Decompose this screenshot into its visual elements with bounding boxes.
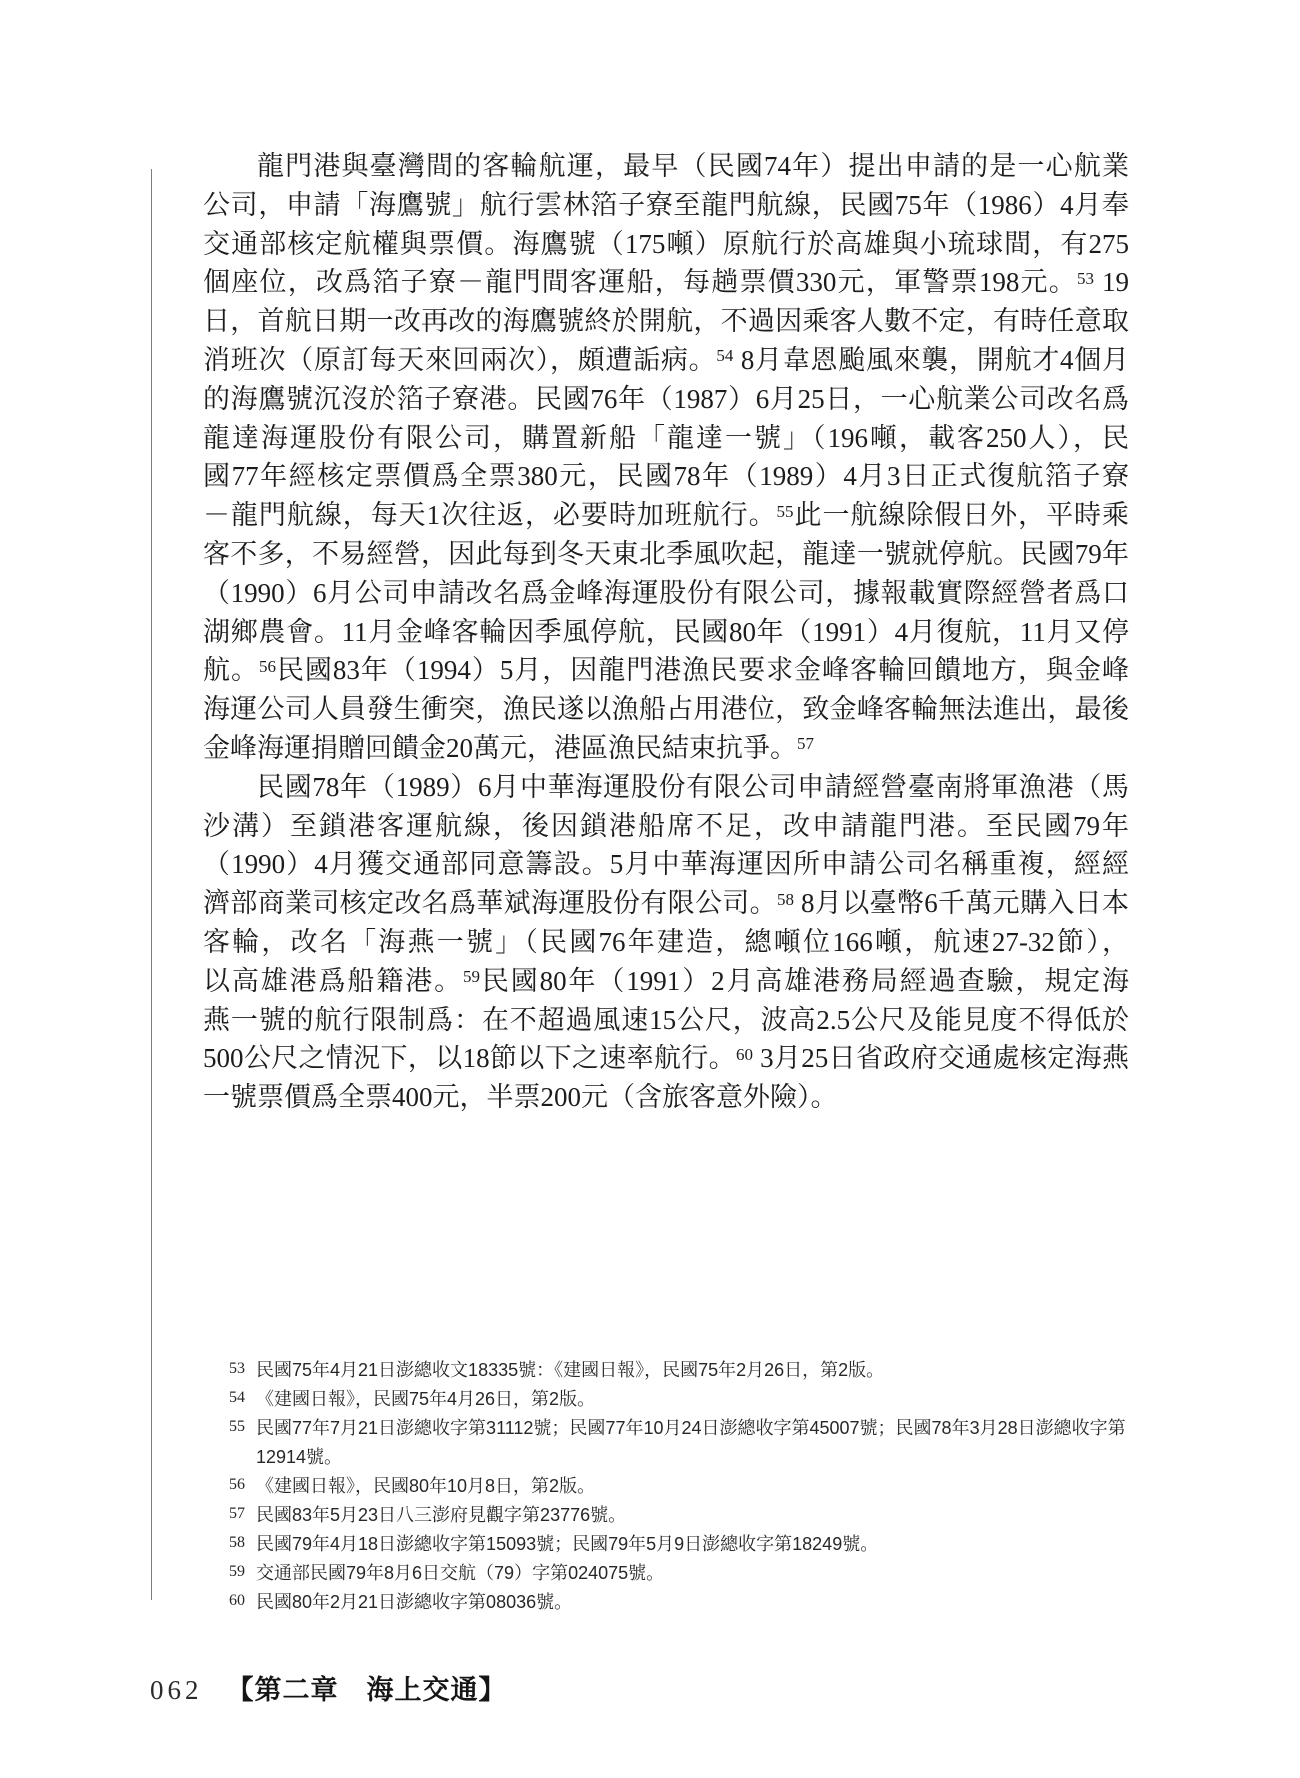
text-line: 沙溝）至鎖港客運航線，後因鎖港船席不足，改申請龍門港。至民國79年	[203, 807, 1129, 846]
text-line: （1990）4月獲交通部同意籌設。5月中華海運因所申請公司名稱重複，經經	[203, 845, 1129, 884]
footnote-ref: 57	[797, 734, 814, 753]
footnote-text: 《建國日報》，民國80年10月8日，第2版。	[256, 1472, 1130, 1501]
text-line: 龍門港與臺灣間的客輪航運，最早（民國74年）提出申請的是一心航業	[203, 147, 1129, 186]
footnote-number: 53	[229, 1354, 256, 1383]
text-line: 海運公司人員發生衝突，漁民遂以漁船占用港位，致金峰客輪無法進出，最後	[203, 690, 1129, 729]
text-line: 交通部核定航權與票價。海鷹號（175噸）原航行於高雄與小琉球間，有275	[203, 225, 1129, 264]
footnote-text: 民國83年5月23日八三澎府見觀字第23776號。	[256, 1501, 1130, 1530]
chapter-label: 【第二章 海上交通】	[227, 1675, 507, 1705]
footnote-number: 57	[229, 1499, 256, 1528]
text-line: 客不多，不易經營，因此每到冬天東北季風吹起，龍達一號就停航。民國79年	[203, 535, 1129, 574]
text-line: 國77年經核定票價爲全票380元，民國78年（1989）4月3日正式復航箔子寮	[203, 457, 1129, 496]
page-number: 062	[150, 1675, 203, 1705]
text-line: 龍達海運股份有限公司，購置新船「龍達一號」（196噸，載客250人），民	[203, 419, 1129, 458]
text-line: 消班次（原訂每天來回兩次），頗遭詬病。54 8月韋恩颱風來襲，開航才4個月	[203, 341, 1129, 380]
footnote-ref: 58	[777, 890, 794, 909]
footnote-ref: 54	[716, 346, 733, 365]
text-line: －龍門航線，每天1次往返，必要時加班航行。55此一航線除假日外，平時乘	[203, 496, 1129, 535]
footnote-ref: 53	[1077, 269, 1094, 288]
text-line: 個座位，改爲箔子寮－龍門間客運船，每趟票價330元，軍警票198元。53 19	[203, 263, 1129, 302]
footnote-number: 59	[229, 1557, 256, 1586]
footnote-text: 民國79年4月18日澎總收字第15093號；民國79年5月9日澎總收字第1824…	[256, 1530, 1130, 1559]
footnote-number: 55	[229, 1412, 256, 1441]
text-line: 民國78年（1989）6月中華海運股份有限公司申請經營臺南將軍漁港（馬	[203, 768, 1129, 807]
text-line: 金峰海運捐贈回饋金20萬元，港區漁民結束抗爭。57	[203, 729, 1129, 768]
footnote-ref: 56	[259, 657, 276, 676]
footnote-item: 54《建國日報》，民國75年4月26日，第2版。	[229, 1385, 1130, 1414]
footnote-item: 55民國77年7月21日澎總收字第31112號；民國77年10月24日澎總收字第…	[229, 1414, 1130, 1472]
footnote-ref: 55	[777, 502, 794, 521]
footnote-number: 54	[229, 1383, 256, 1412]
footnote-number: 58	[229, 1528, 256, 1557]
footnote-ref: 59	[463, 967, 480, 986]
text-line: 日，首航日期一改再改的海鷹號終於開航，不過因乘客人數不定，有時任意取	[203, 302, 1129, 341]
text-line: 航。56民國83年（1994）5月，因龍門港漁民要求金峰客輪回饋地方，與金峰	[203, 651, 1129, 690]
text-line: 濟部商業司核定改名爲華斌海運股份有限公司。58 8月以臺幣6千萬元購入日本	[203, 884, 1129, 923]
text-line: 燕一號的航行限制爲：在不超過風速15公尺，波高2.5公尺及能見度不得低於	[203, 1001, 1129, 1040]
text-line: 客輪，改名「海燕一號」（民國76年建造，總噸位166噸，航速27-32節），	[203, 923, 1129, 962]
page-footer: 062【第二章 海上交通】	[150, 1668, 507, 1707]
footnote-number: 60	[229, 1586, 256, 1615]
footnote-ref: 60	[736, 1045, 753, 1064]
book-page: 龍門港與臺灣間的客輪航運，最早（民國74年）提出申請的是一心航業公司，申請「海鷹…	[0, 0, 1300, 1778]
text-line: 500公尺之情況下，以18節以下之速率航行。60 3月25日省政府交通處核定海燕	[203, 1039, 1129, 1078]
footnote-text: 民國75年4月21日澎總收文18335號：《建國日報》，民國75年2月26日，第…	[256, 1356, 1130, 1385]
text-line: 公司，申請「海鷹號」航行雲林箔子寮至龍門航線，民國75年（1986）4月奉	[203, 186, 1129, 225]
footnote-item: 59交通部民國79年8月6日交航（79）字第024075號。	[229, 1559, 1130, 1588]
body-text: 龍門港與臺灣間的客輪航運，最早（民國74年）提出申請的是一心航業公司，申請「海鷹…	[203, 147, 1129, 1117]
text-line: 以高雄港爲船籍港。59民國80年（1991）2月高雄港務局經過查驗，規定海	[203, 962, 1129, 1001]
text-line: 的海鷹號沉沒於箔子寮港。民國76年（1987）6月25日，一心航業公司改名爲	[203, 380, 1129, 419]
footnote-item: 56《建國日報》，民國80年10月8日，第2版。	[229, 1472, 1130, 1501]
footnote-text: 民國80年2月21日澎總收字第08036號。	[256, 1588, 1130, 1617]
footnote-item: 60民國80年2月21日澎總收字第08036號。	[229, 1588, 1130, 1617]
footnote-item: 53民國75年4月21日澎總收文18335號：《建國日報》，民國75年2月26日…	[229, 1356, 1130, 1385]
footnote-number: 56	[229, 1470, 256, 1499]
text-line: （1990）6月公司申請改名爲金峰海運股份有限公司，據報載實際經營者爲口	[203, 574, 1129, 613]
footnotes: 53民國75年4月21日澎總收文18335號：《建國日報》，民國75年2月26日…	[229, 1356, 1130, 1617]
footnote-item: 57民國83年5月23日八三澎府見觀字第23776號。	[229, 1501, 1130, 1530]
footnote-text: 民國77年7月21日澎總收字第31112號；民國77年10月24日澎總收字第45…	[256, 1414, 1130, 1472]
text-line: 湖鄉農會。11月金峰客輪因季風停航，民國80年（1991）4月復航，11月又停	[203, 613, 1129, 652]
footnote-text: 《建國日報》，民國75年4月26日，第2版。	[256, 1385, 1130, 1414]
text-line: 一號票價爲全票400元，半票200元（含旅客意外險）。	[203, 1078, 1129, 1117]
margin-rule	[151, 169, 152, 1600]
footnote-item: 58民國79年4月18日澎總收字第15093號；民國79年5月9日澎總收字第18…	[229, 1530, 1130, 1559]
footnote-text: 交通部民國79年8月6日交航（79）字第024075號。	[256, 1559, 1130, 1588]
